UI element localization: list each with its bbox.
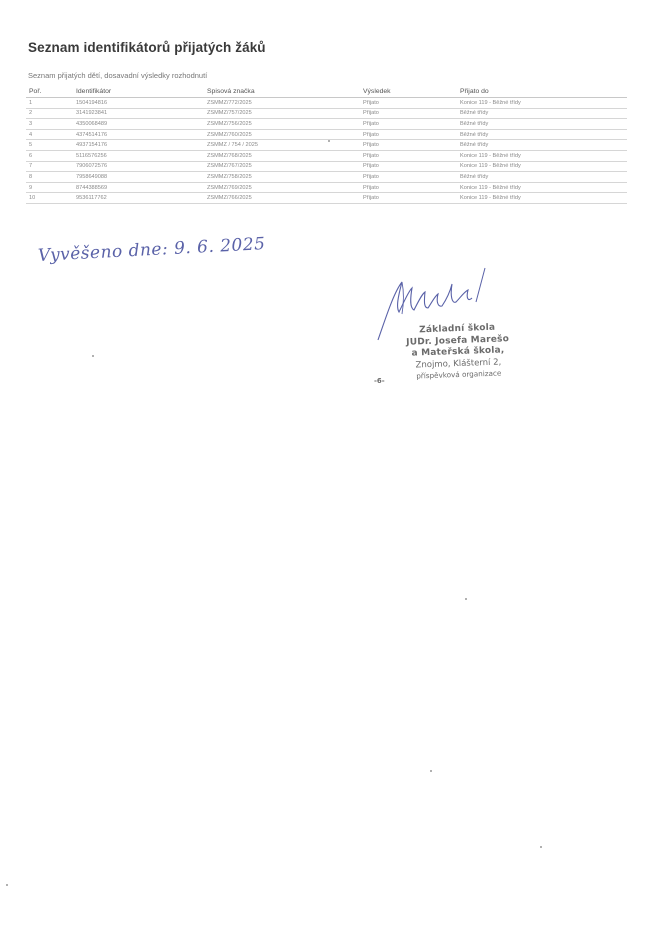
table-row: 11504194816ZSMMZ/772/2025PřijatoKonice 1… xyxy=(26,98,627,109)
stamp-number: -6- xyxy=(374,377,385,385)
row-order: 5 xyxy=(26,140,73,151)
row-result: Přijato xyxy=(360,129,457,140)
row-admitted-to: Běžné třídy xyxy=(457,140,627,151)
table-row: 109536117762ZSMMZ/766/2025PřijatoKonice … xyxy=(26,193,627,204)
row-order: 2 xyxy=(26,108,73,119)
table-row: 77906072576ZSMMZ/767/2025PřijatoKonice 1… xyxy=(26,161,627,172)
scan-speck xyxy=(328,140,330,142)
row-identifier: 4937154176 xyxy=(73,140,204,151)
row-order: 6 xyxy=(26,150,73,161)
table-row: 98744388569ZSMMZ/769/2025PřijatoKonice 1… xyxy=(26,182,627,193)
row-order: 4 xyxy=(26,129,73,140)
row-file-number: ZSMMZ/757/2025 xyxy=(204,108,360,119)
row-result: Přijato xyxy=(360,108,457,119)
row-identifier: 4350068489 xyxy=(73,119,204,130)
row-result: Přijato xyxy=(360,119,457,130)
row-identifier: 7958649088 xyxy=(73,172,204,183)
row-admitted-to: Konice 119 - Běžné třídy xyxy=(457,182,627,193)
document-subtitle: Seznam přijatých dětí, dosavadní výsledk… xyxy=(28,71,207,80)
handwritten-posting-date: Vyvěšeno dne: 9. 6. 2025 xyxy=(37,234,266,266)
row-file-number: ZSMMZ/760/2025 xyxy=(204,129,360,140)
row-result: Přijato xyxy=(360,98,457,109)
row-admitted-to: Konice 119 - Běžné třídy xyxy=(457,161,627,172)
row-identifier: 9536117762 xyxy=(73,193,204,204)
row-order: 7 xyxy=(26,161,73,172)
row-admitted-to: Konice 119 - Běžné třídy xyxy=(457,150,627,161)
school-stamp: Základní škola JUDr. Josefa Marešo a Mat… xyxy=(397,322,519,382)
row-order: 1 xyxy=(26,98,73,109)
row-admitted-to: Běžné třídy xyxy=(457,119,627,130)
table-row: 87958649088ZSMMZ/758/2025PřijatoBěžné tř… xyxy=(26,172,627,183)
row-file-number: ZSMMZ/772/2025 xyxy=(204,98,360,109)
row-result: Přijato xyxy=(360,140,457,151)
row-admitted-to: Běžné třídy xyxy=(457,172,627,183)
row-result: Přijato xyxy=(360,193,457,204)
admitted-students-table: Poř. Identifikátor Spisová značka Výsled… xyxy=(26,86,627,204)
table-row: 54937154176ZSMMZ / 754 / 2025PřijatoBěžn… xyxy=(26,140,627,151)
document-title: Seznam identifikátorů přijatých žáků xyxy=(28,40,266,55)
row-identifier: 5116576256 xyxy=(73,150,204,161)
row-identifier: 1504194816 xyxy=(73,98,204,109)
scan-speck xyxy=(430,770,432,772)
row-file-number: ZSMMZ/758/2025 xyxy=(204,172,360,183)
column-header-order: Poř. xyxy=(26,86,73,98)
table-header-row: Poř. Identifikátor Spisová značka Výsled… xyxy=(26,86,627,98)
row-result: Přijato xyxy=(360,150,457,161)
column-header-file-number: Spisová značka xyxy=(204,86,360,98)
row-file-number: ZSMMZ/766/2025 xyxy=(204,193,360,204)
table-row: 23141923841ZSMMZ/757/2025PřijatoBěžné tř… xyxy=(26,108,627,119)
row-file-number: ZSMMZ / 754 / 2025 xyxy=(204,140,360,151)
column-header-result: Výsledek xyxy=(360,86,457,98)
table-row: 34350068489ZSMMZ/756/2025PřijatoBěžné tř… xyxy=(26,119,627,130)
scan-speck xyxy=(92,355,94,357)
row-admitted-to: Konice 119 - Běžné třídy xyxy=(457,193,627,204)
row-result: Přijato xyxy=(360,182,457,193)
row-admitted-to: Konice 119 - Běžné třídy xyxy=(457,98,627,109)
row-file-number: ZSMMZ/769/2025 xyxy=(204,182,360,193)
scan-speck xyxy=(6,884,8,886)
row-file-number: ZSMMZ/768/2025 xyxy=(204,150,360,161)
column-header-admitted-to: Přijato do xyxy=(457,86,627,98)
row-admitted-to: Běžné třídy xyxy=(457,129,627,140)
row-admitted-to: Běžné třídy xyxy=(457,108,627,119)
row-identifier: 7906072576 xyxy=(73,161,204,172)
table-row: 44374514176ZSMMZ/760/2025PřijatoBěžné tř… xyxy=(26,129,627,140)
row-result: Přijato xyxy=(360,161,457,172)
row-identifier: 3141923841 xyxy=(73,108,204,119)
row-order: 8 xyxy=(26,172,73,183)
row-identifier: 4374514176 xyxy=(73,129,204,140)
table-row: 65116576256ZSMMZ/768/2025PřijatoKonice 1… xyxy=(26,150,627,161)
row-file-number: ZSMMZ/756/2025 xyxy=(204,119,360,130)
row-identifier: 8744388569 xyxy=(73,182,204,193)
row-order: 10 xyxy=(26,193,73,204)
scan-speck xyxy=(465,598,467,600)
row-order: 3 xyxy=(26,119,73,130)
row-order: 9 xyxy=(26,182,73,193)
row-file-number: ZSMMZ/767/2025 xyxy=(204,161,360,172)
scan-speck xyxy=(540,846,542,848)
column-header-identifier: Identifikátor xyxy=(73,86,204,98)
row-result: Přijato xyxy=(360,172,457,183)
